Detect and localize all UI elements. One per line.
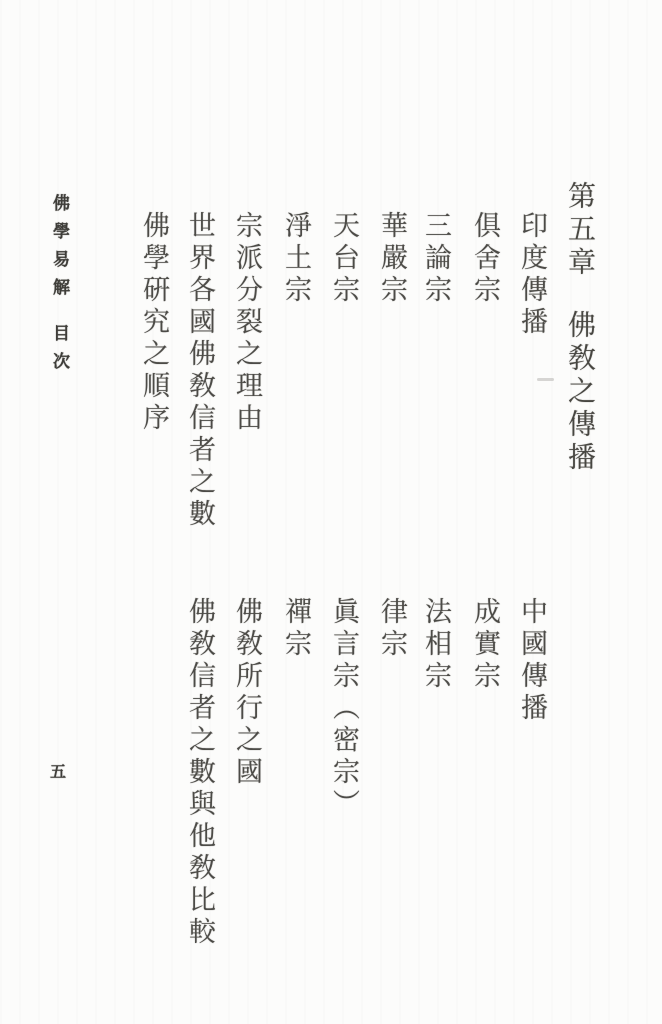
- scan-artifact: [537, 378, 554, 381]
- toc-entry-india-transmission: 印度傳播: [512, 211, 551, 339]
- toc-entry-kusha-school: 俱舍宗: [465, 211, 504, 307]
- toc-entry-zen-school: 禪宗: [276, 597, 315, 661]
- toc-entry-hosso-school: 法相宗: [416, 597, 455, 693]
- toc-entry-china-transmission: 中國傳播: [512, 597, 551, 725]
- book-page: 第五章 佛敎之傳播 印度傳播 中國傳播 俱舍宗 成實宗 三論宗 法相宗 華嚴宗 …: [0, 0, 662, 1024]
- toc-entry-study-order: 佛學硏究之順序: [134, 211, 173, 435]
- toc-entry-ritsu-school: 律宗: [372, 597, 411, 661]
- chapter-title: 佛敎之傳播: [560, 310, 600, 475]
- toc-entry-buddhist-countries: 佛敎所行之國: [227, 597, 266, 789]
- toc-entry-jojitsu-school: 成實宗: [465, 597, 504, 693]
- toc-entry-sect-division-reasons: 宗派分裂之理由: [227, 211, 266, 435]
- toc-entry-believers-comparison: 佛敎信者之數與他敎比較: [180, 597, 219, 949]
- toc-entry-kegon-school: 華嚴宗: [372, 211, 411, 307]
- section-label: 目次: [47, 324, 72, 380]
- toc-entry-sanron-school: 三論宗: [416, 211, 455, 307]
- toc-entry-pureland-school: 淨土宗: [276, 211, 315, 307]
- page-number: 五: [50, 759, 66, 782]
- toc-entry-believers-by-country: 世界各國佛敎信者之數: [180, 211, 219, 531]
- chapter-number: 第五章: [560, 181, 600, 280]
- toc-entry-shingon-school: 眞言宗（密宗）: [324, 597, 363, 821]
- toc-entry-tendai-school: 天台宗: [324, 211, 363, 307]
- book-title: 佛學易解: [47, 194, 72, 306]
